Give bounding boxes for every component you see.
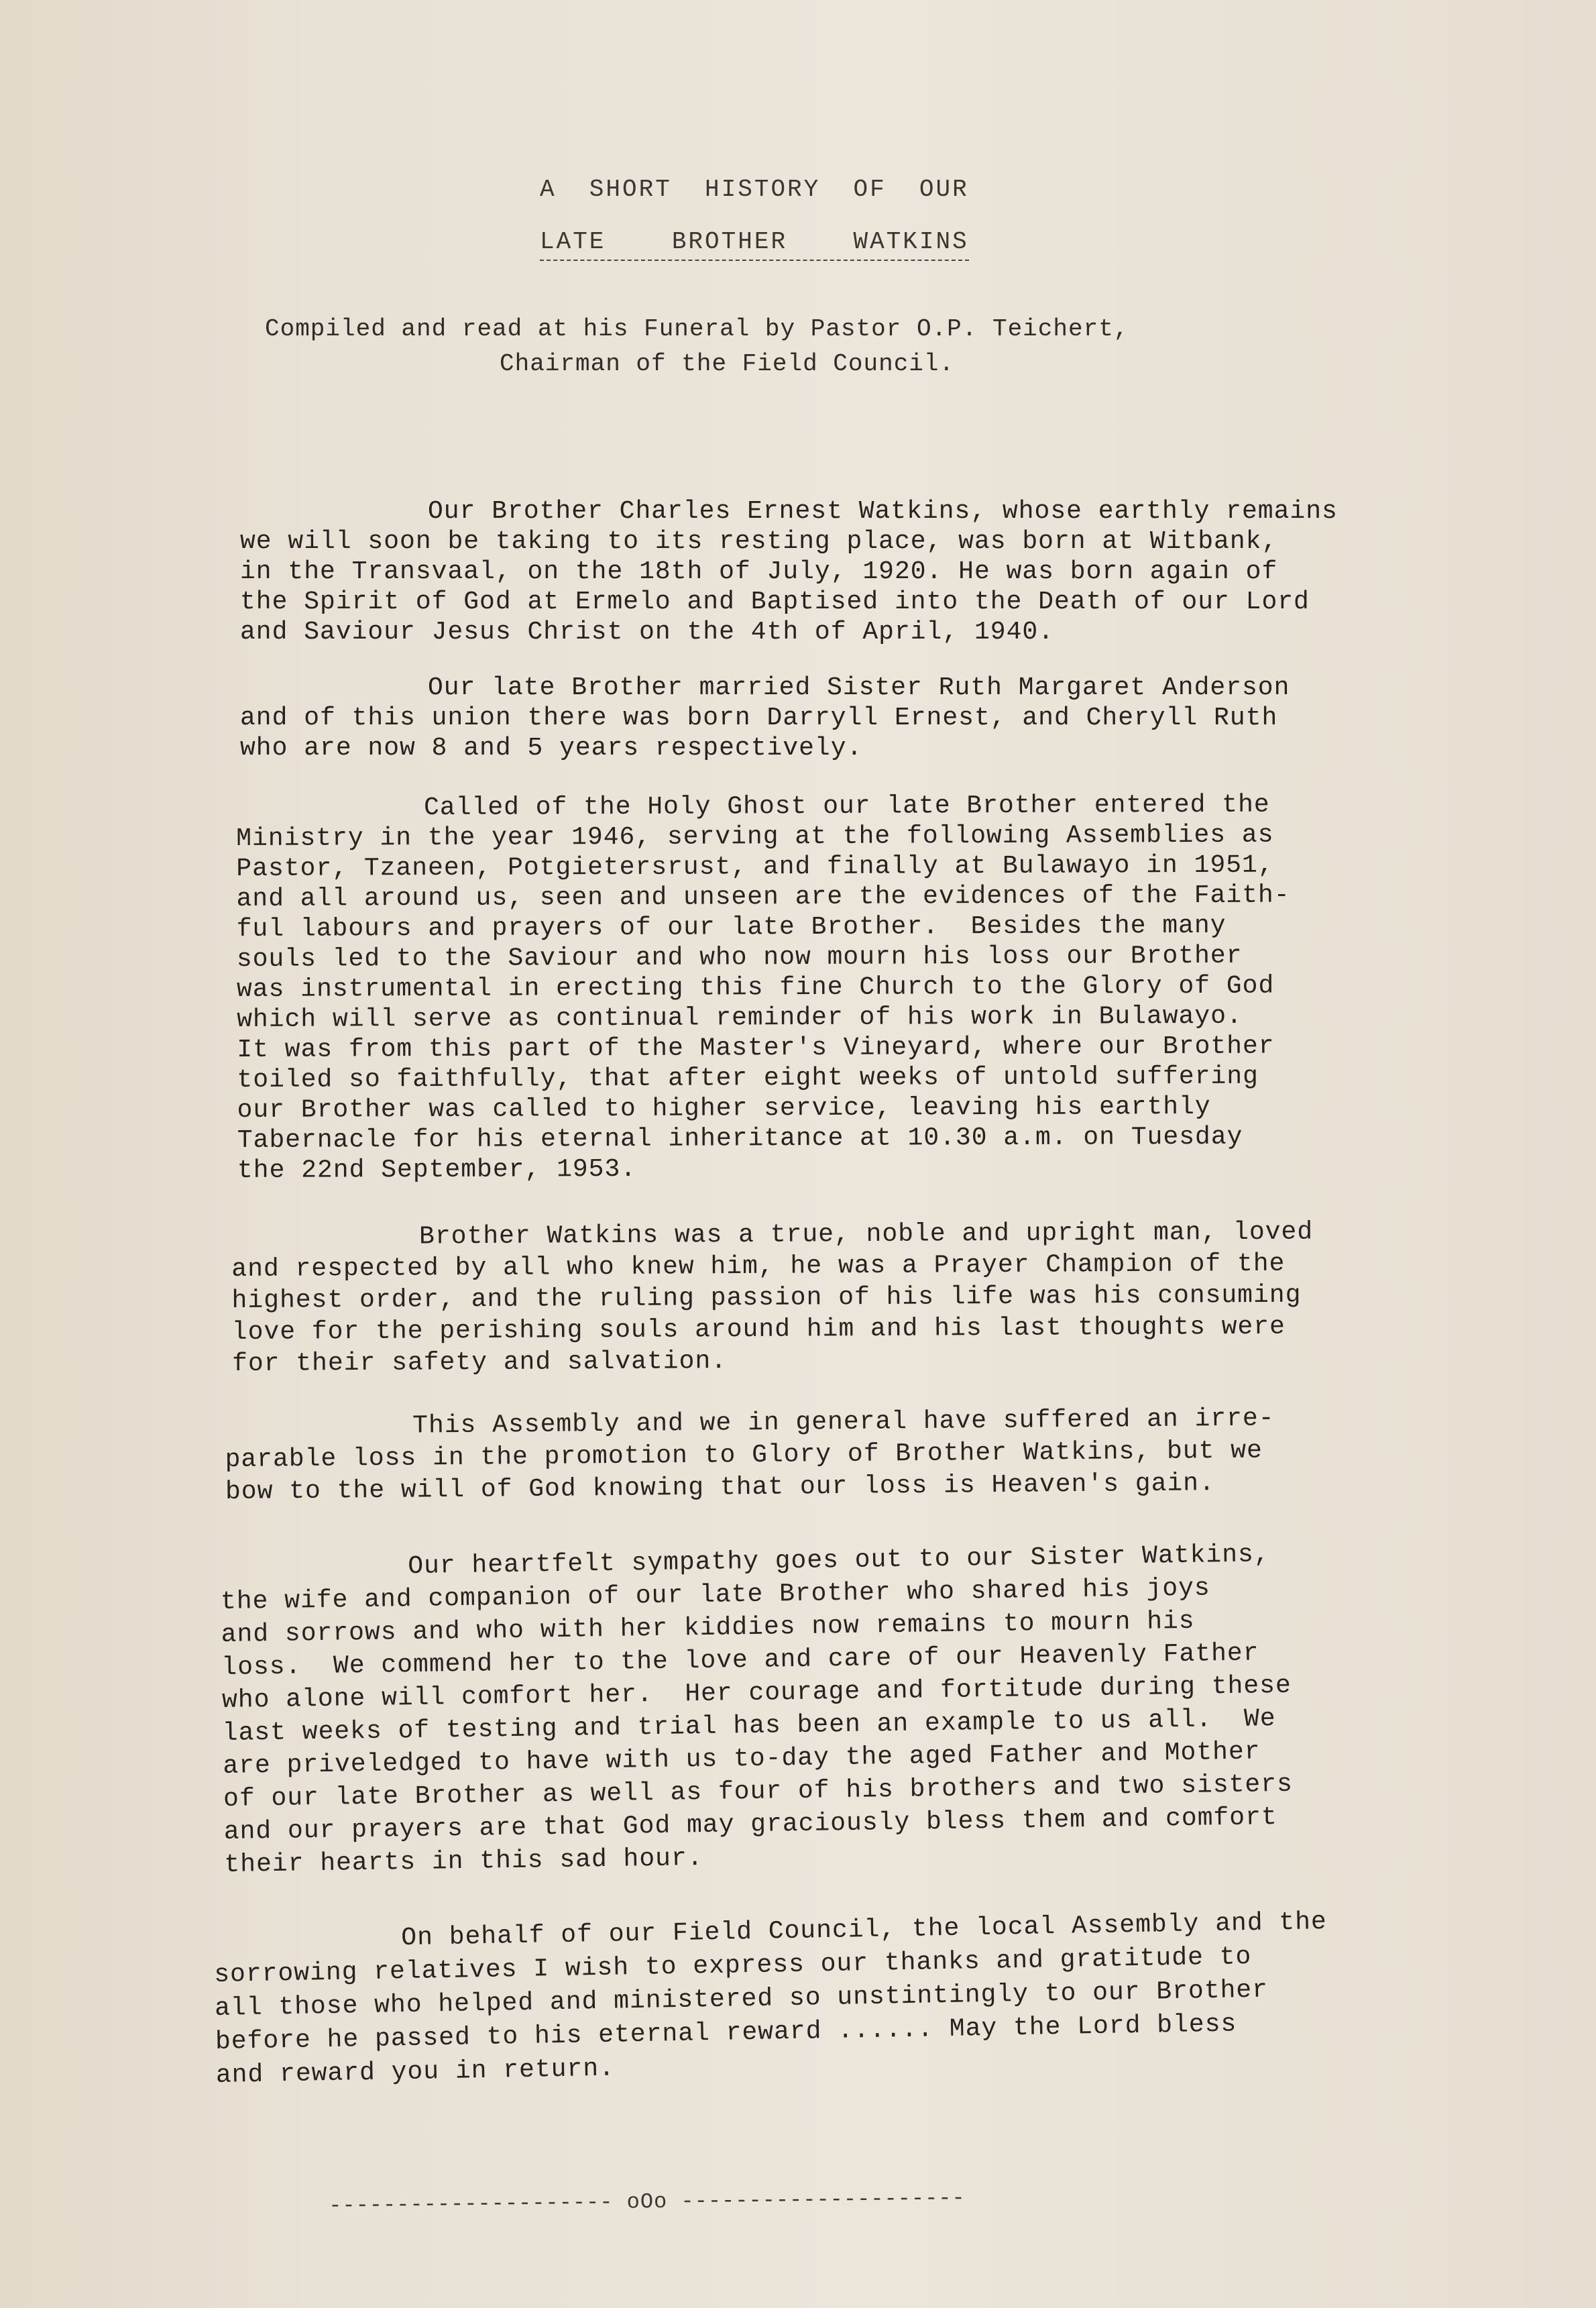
paragraph-line: Called of the Holy Ghost our late Brothe…	[236, 790, 1290, 824]
typewritten-page: A SHORT HISTORY OF OUR LATE BROTHER WATK…	[0, 0, 1596, 2308]
paragraph-line: which will serve as continual reminder o…	[237, 1001, 1290, 1035]
paragraph-sympathy: Our heartfelt sympathy goes out to our S…	[220, 1538, 1294, 1881]
paragraph-line: Our late Brother married Sister Ruth Mar…	[240, 673, 1290, 703]
paragraph-line: we will soon be taking to its resting pl…	[240, 527, 1338, 557]
paragraph-line: Ministry in the year 1946, serving at th…	[236, 820, 1290, 854]
document-subtitle-line-2: Chairman of the Field Council.	[500, 350, 954, 378]
paragraph-line: for their safety and salvation.	[232, 1343, 1314, 1380]
paragraph-line: and all around us, seen and unseen are t…	[236, 881, 1290, 914]
paragraph-line: Brother Watkins was a true, noble and up…	[231, 1217, 1313, 1254]
paragraph-line: highest order, and the ruling passion of…	[231, 1280, 1313, 1317]
paragraph-line: toiled so faithfully, that after eight w…	[237, 1062, 1290, 1095]
paragraph-line: and Saviour Jesus Christ on the 4th of A…	[240, 617, 1338, 647]
paragraph-line: souls led to the Saviour and who now mou…	[237, 941, 1290, 975]
paragraph-line: Tabernacle for his eternal inheritance a…	[237, 1122, 1291, 1156]
paragraph-loss: This Assembly and we in general have suf…	[225, 1403, 1275, 1508]
paragraph-line: and of this union there was born Darryll…	[240, 703, 1290, 733]
paragraph-ministry: Called of the Holy Ghost our late Brothe…	[236, 790, 1291, 1186]
paragraph-line: was instrumental in erecting this fine C…	[237, 971, 1290, 1005]
document-title-line-1: A SHORT HISTORY OF OUR	[540, 176, 969, 203]
document-subtitle-line-1: Compiled and read at his Funeral by Past…	[265, 315, 1129, 343]
paragraph-marriage-and-children: Our late Brother married Sister Ruth Mar…	[240, 673, 1290, 763]
paragraph-line: our Brother was called to higher service…	[237, 1092, 1291, 1125]
paragraph-line: in the Transvaal, on the 18th of July, 1…	[240, 557, 1338, 587]
paragraph-line: It was from this part of the Master's Vi…	[237, 1032, 1290, 1065]
end-separator: --------------------- oOo --------------…	[329, 2185, 966, 2218]
paragraph-line: and respected by all who knew him, he wa…	[231, 1248, 1313, 1285]
paragraph-line: ful labours and prayers of our late Brot…	[237, 911, 1290, 944]
paragraph-line: Pastor, Tzaneen, Potgietersrust, and fin…	[236, 850, 1290, 884]
paragraph-birth-and-baptism: Our Brother Charles Ernest Watkins, whos…	[240, 496, 1338, 647]
paragraph-line: the Spirit of God at Ermelo and Baptised…	[240, 587, 1338, 617]
document-title-line-2: LATE BROTHER WATKINS	[540, 228, 969, 261]
paragraph-character: Brother Watkins was a true, noble and up…	[231, 1217, 1314, 1380]
paragraph-line: the 22nd September, 1953.	[237, 1152, 1291, 1186]
paragraph-line: love for the perishing souls around him …	[232, 1311, 1314, 1348]
paragraph-thanks: On behalf of our Field Council, the loca…	[213, 1906, 1330, 2093]
paragraph-line: Our Brother Charles Ernest Watkins, whos…	[240, 496, 1338, 527]
paragraph-line: who are now 8 and 5 years respectively.	[240, 733, 1290, 763]
